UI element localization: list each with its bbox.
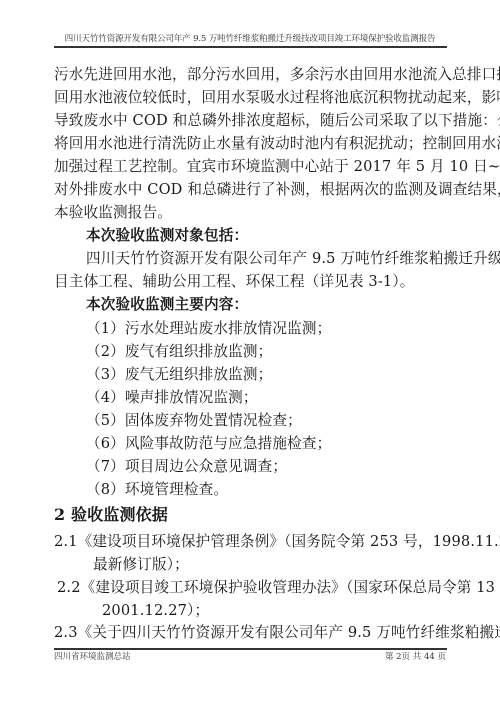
document-page: 四川天竹竹资源开发有限公司年产 9.5 万吨竹纤维浆粕搬迁升级技改项目竣工环境保… xyxy=(0,0,500,707)
header-divider xyxy=(54,46,447,48)
content-list-item: （3）废气无组织排放监测； xyxy=(54,364,447,386)
content-list-item: （4）噪声排放情况监测； xyxy=(54,387,447,409)
reference-item-line: 最新修订版）； xyxy=(54,554,447,576)
reference-item-line: 2001.12.27）； xyxy=(54,600,447,622)
section-heading: 2 验收监测依据 xyxy=(54,504,447,526)
content-list-item: （7）项目周边公众意见调查； xyxy=(54,456,447,478)
content-heading: 本次验收监测主要内容： xyxy=(54,294,447,316)
objects-line: 目主体工程、辅助公用工程、环保工程（详见表 3-1）。 xyxy=(54,271,447,293)
reference-item-line: 2.3《关于四川天竹竹资源开发有限公司年产 9.5 万吨竹纤维浆粕搬迁升级技 xyxy=(54,622,447,644)
content-list-item: （5）固体废弃物处置情况检查； xyxy=(54,410,447,432)
paragraph-line: 污水先进回用水池，部分污水回用，多余污水由回用水池流入总排口排放， xyxy=(54,64,447,86)
objects-heading: 本次验收监测对象包括： xyxy=(54,225,447,247)
paragraph-line: 导致废水中 COD 和总磷外排浓度超标，随后公司采取了以下措施：公司定期 xyxy=(54,110,447,132)
reference-item-line: 2.2《建设项目竣工环境保护验收管理办法》（国家环保总局令第 13 号， xyxy=(57,577,444,599)
objects-line: 四川天竹竹资源开发有限公司年产 9.5 万吨竹纤维浆粕搬迁升级技改项 xyxy=(54,248,447,270)
footer-page-number: 第 2页 共 44 页 xyxy=(385,652,446,662)
paragraph-line: 将回用水池进行清洗防止水量有波动时池内有积泥扰动；控制回用水池水位； xyxy=(54,133,447,155)
paragraph-line: 加强过程工艺控制。宜宾市环境监测中心站于 2017 年 5 月 10 日~5 月… xyxy=(54,156,447,178)
content-list-item: （1）污水处理站废水排放情况监测； xyxy=(54,318,447,340)
reference-item-line: 2.1《建设项目环境保护管理条例》（国务院令第 253 号，1998.11.29… xyxy=(54,531,447,553)
paragraph-line: 对外排废水中 COD 和总磷进行了补测，根据两次的监测及调查结果，编制了 xyxy=(54,179,447,201)
paragraph-line: 回用水池液位较低时，回用水泵吸水过程将池底沉积物扰动起来，影响水质）， xyxy=(54,87,447,109)
content-list-item: （8）环境管理检查。 xyxy=(54,479,447,501)
page-header-title: 四川天竹竹资源开发有限公司年产 9.5 万吨竹纤维浆粕搬迁升级技改项目竣工环境保… xyxy=(54,34,446,44)
content-list-item: （2）废气有组织排放监测； xyxy=(54,341,447,363)
footer-divider xyxy=(54,648,447,650)
footer-organization: 四川省环境监测总站 xyxy=(54,652,131,662)
paragraph-line: 本验收监测报告。 xyxy=(54,202,447,224)
content-list-item: （6）风险事故防范与应急措施检查； xyxy=(54,433,447,455)
